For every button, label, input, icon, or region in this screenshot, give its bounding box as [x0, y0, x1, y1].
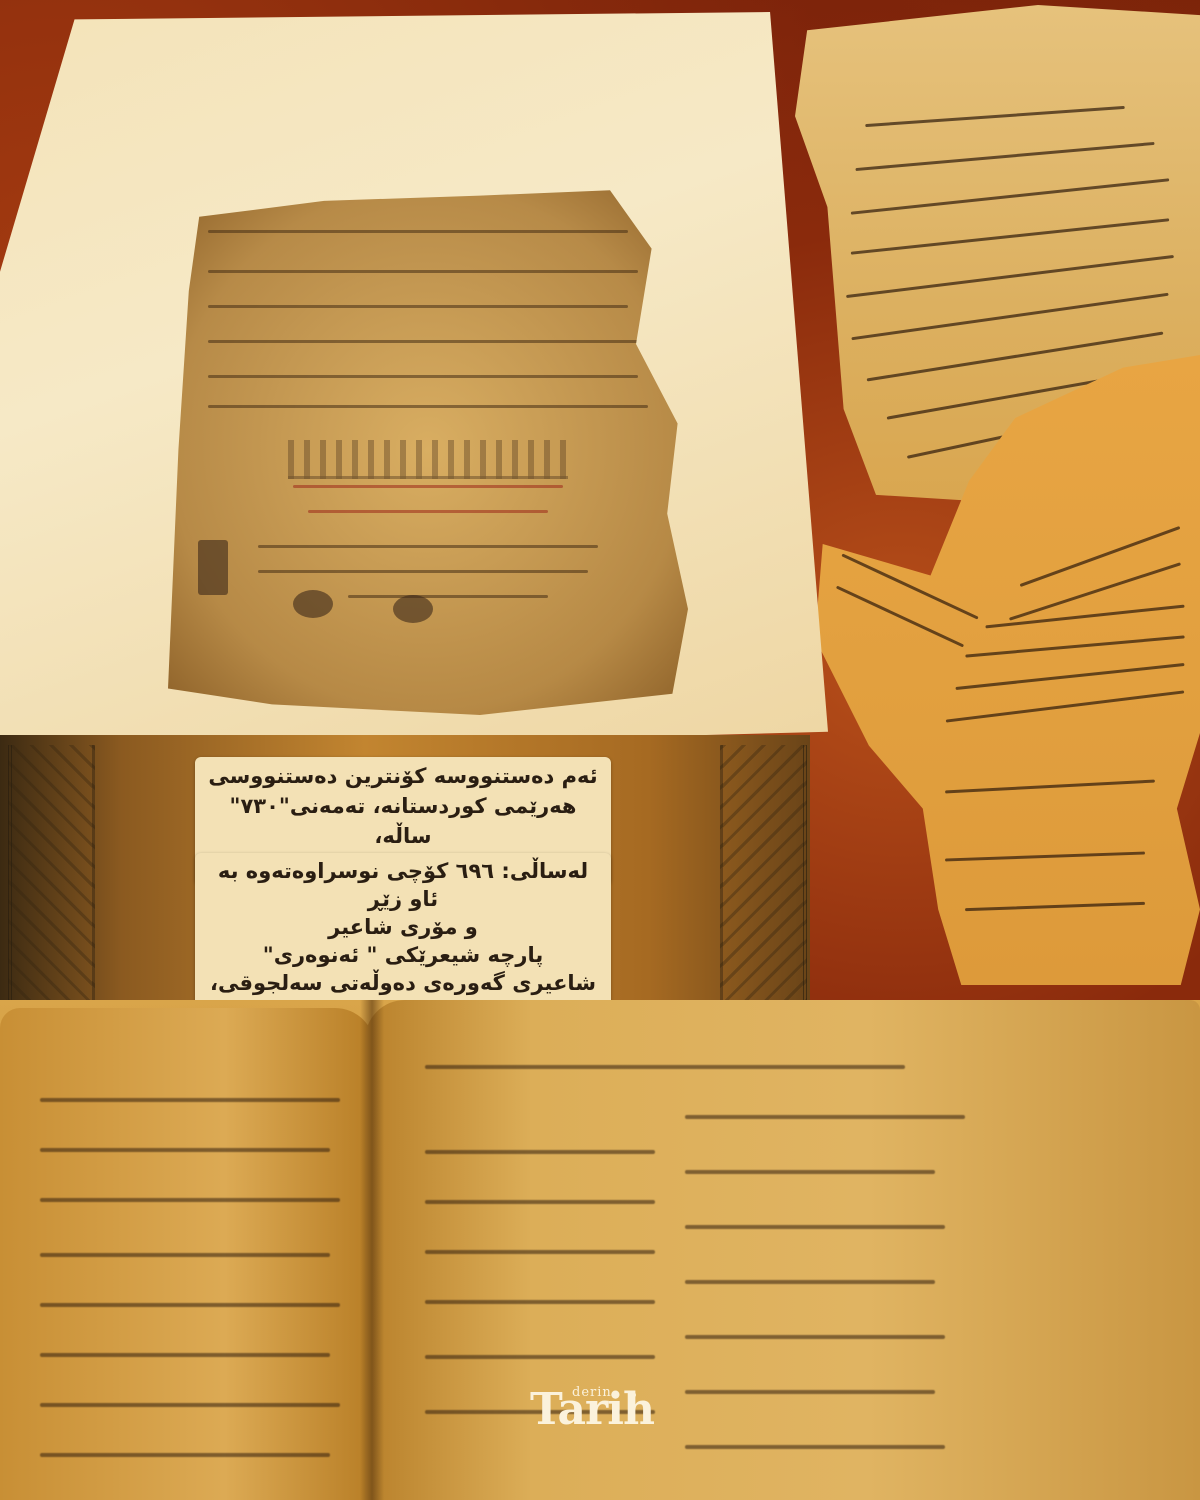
- seal-stamp: [293, 590, 333, 618]
- caption-panel: ئەم دەستنووسە کۆنترین دەستنووسی هەرێمی ک…: [0, 735, 810, 1020]
- caption-text-line: ئەم دەستنووسە کۆنترین دەستنووسی: [203, 761, 603, 791]
- manuscript-oldest: [168, 185, 688, 715]
- book-right-page: [365, 1000, 1200, 1500]
- ornament-border-left: [8, 745, 95, 1005]
- caption-text-line: شاعیری گەورەی دەوڵەتی سەلجوقی،: [203, 969, 603, 997]
- caption-text-line: و مۆری شاعیر: [203, 913, 603, 941]
- caption-text-line: پارچە شیعرێکی " ئەنوەری": [203, 941, 603, 969]
- derin-tarih-logo: Tarih derin: [530, 1385, 680, 1435]
- manuscript-title-calligraphy: [288, 440, 568, 479]
- caption-text-line: لەساڵی: ٦٩٦ کۆچی نوسراوەتەوە بە ئاو زێڕ: [203, 857, 603, 913]
- ornament-border-right: [720, 745, 807, 1005]
- seal-stamp: [393, 595, 433, 623]
- logo-derin-text: derin: [572, 1385, 612, 1400]
- book-gutter: [360, 1000, 384, 1500]
- book-left-page: [0, 1008, 375, 1500]
- seal-stamp: [198, 540, 228, 595]
- caption-text-line: هەرێمی کوردستانە، تەمەنی"٧٣٠" ساڵە،: [203, 791, 603, 851]
- display-case-photo: ئەم دەستنووسە کۆنترین دەستنووسی هەرێمی ک…: [0, 0, 1200, 1500]
- logo-dot-icon: [630, 1392, 636, 1398]
